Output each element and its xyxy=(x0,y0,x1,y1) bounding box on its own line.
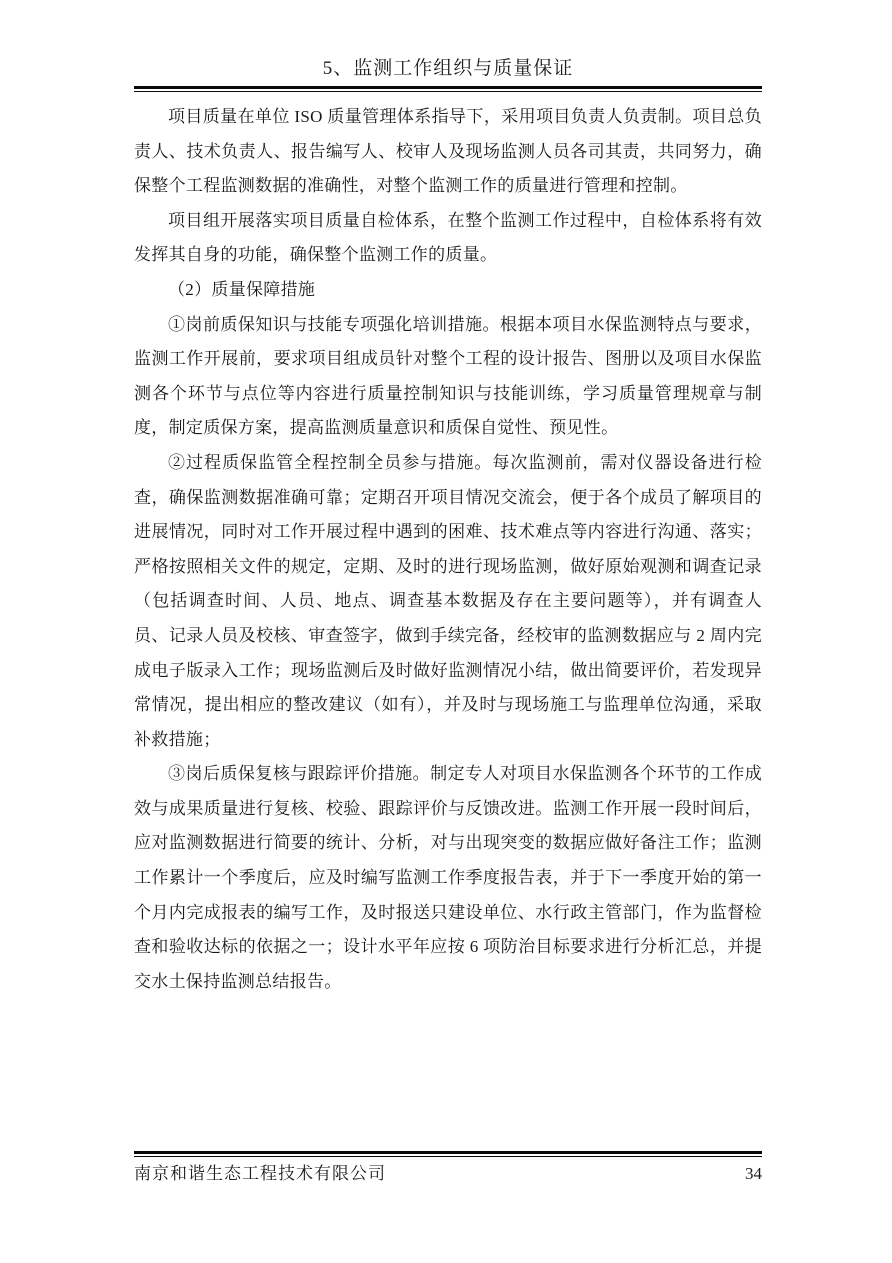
body-paragraph-measure-1: ①岗前质保知识与技能专项强化培训措施。根据本项目水保监测特点与要求，监测工作开展… xyxy=(134,308,762,446)
document-page: 5、监测工作组织与质量保证 项目质量在单位 ISO 质量管理体系指导下，采用项目… xyxy=(0,0,892,1263)
body-paragraph-intro: 项目质量在单位 ISO 质量管理体系指导下，采用项目负责人负责制。项目总负责人、… xyxy=(134,100,762,204)
body-paragraph-measure-3: ③岗后质保复核与跟踪评价措施。制定专人对项目水保监测各个环节的工作成效与成果质量… xyxy=(134,757,762,999)
page-footer: 南京和谐生态工程技术有限公司 34 xyxy=(134,1151,762,1186)
chapter-title: 5、监测工作组织与质量保证 xyxy=(134,56,762,82)
body-paragraph-measure-2: ②过程质保监管全程控制全员参与措施。每次监测前，需对仪器设备进行检查，确保监测数… xyxy=(134,446,762,757)
body-paragraph-measures-heading: （2）质量保障措施 xyxy=(134,273,762,308)
footer-row: 南京和谐生态工程技术有限公司 34 xyxy=(134,1162,762,1186)
body-paragraph-selfcheck: 项目组开展落实项目质量自检体系，在整个监测工作过程中，自检体系将有效发挥其自身的… xyxy=(134,204,762,273)
header-rule xyxy=(134,86,762,92)
document-body: 项目质量在单位 ISO 质量管理体系指导下，采用项目负责人负责制。项目总负责人、… xyxy=(134,100,762,999)
footer-rule xyxy=(134,1151,762,1157)
page-header: 5、监测工作组织与质量保证 xyxy=(134,56,762,92)
footer-company-name: 南京和谐生态工程技术有限公司 xyxy=(134,1162,386,1186)
page-number: 34 xyxy=(745,1162,762,1186)
